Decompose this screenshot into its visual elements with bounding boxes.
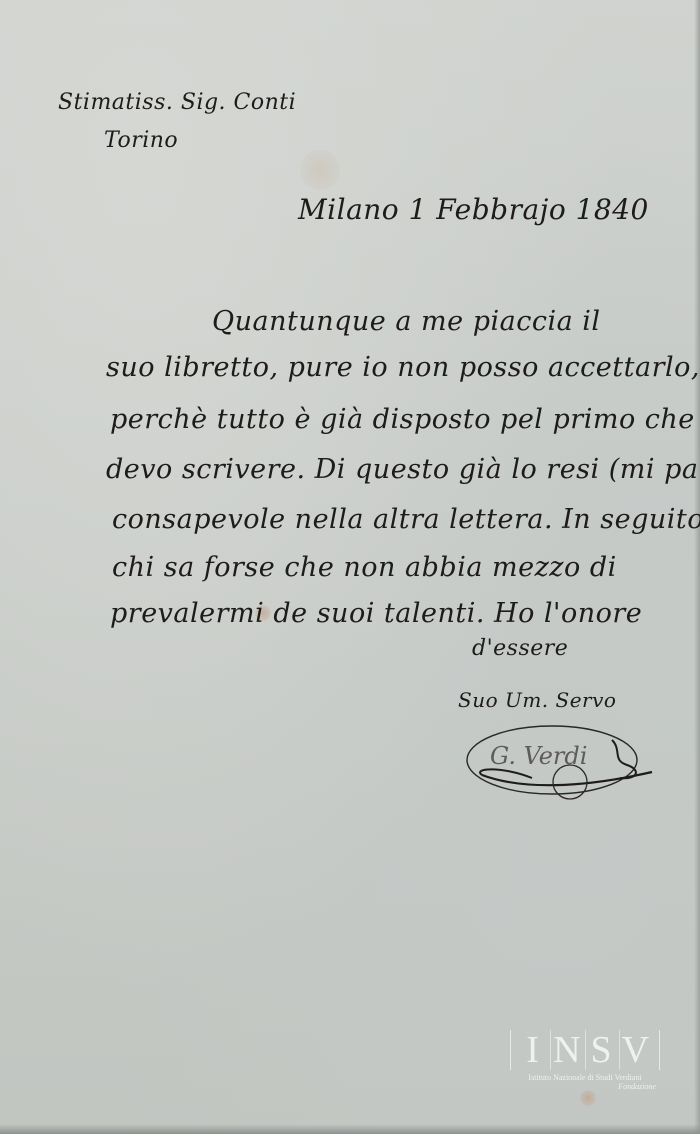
- letter-page: Stimatiss. Sig. Conti Torino Milano 1 Fe…: [0, 0, 700, 1134]
- watermark-letter: I: [517, 1030, 551, 1070]
- addressee-city: Torino: [104, 128, 178, 153]
- body-line: consapevole nella altra lettera. In segu…: [112, 504, 700, 535]
- body-line: chi sa forse che non abbia mezzo di: [112, 552, 617, 583]
- signature: G. Verdi: [462, 720, 662, 810]
- watermark-institute: Istituto Nazionale di Studi Verdiani: [510, 1073, 660, 1082]
- closing: Suo Um. Servo: [458, 688, 616, 712]
- body-line: d'essere: [472, 636, 568, 661]
- addressee-name: Stimatiss. Sig. Conti: [58, 90, 296, 115]
- paper-edge-right: [694, 0, 700, 1134]
- watermark-logo: I N S V: [510, 1030, 660, 1070]
- body-line: suo libretto, pure io non posso accettar…: [106, 352, 700, 383]
- watermark-letter: S: [586, 1030, 620, 1070]
- body-line: prevalermi de suoi talenti. Ho l'onore: [110, 598, 642, 629]
- watermark-letter: V: [620, 1030, 653, 1070]
- body-line: devo scrivere. Di questo già lo resi (mi…: [106, 454, 700, 485]
- signature-name: G. Verdi: [490, 742, 587, 770]
- paper-stain: [300, 150, 340, 190]
- body-line: perchè tutto è già disposto pel primo ch…: [110, 404, 695, 435]
- insv-watermark: I N S V Istituto Nazionale di Studi Verd…: [510, 1030, 660, 1100]
- body-line: Quantunque a me piaccia il: [212, 306, 601, 337]
- watermark-letter: N: [551, 1030, 585, 1070]
- paper-edge-bottom: [0, 1124, 700, 1134]
- dateline: Milano 1 Febbrajo 1840: [298, 193, 649, 226]
- watermark-foundation: Fondazione: [510, 1082, 660, 1091]
